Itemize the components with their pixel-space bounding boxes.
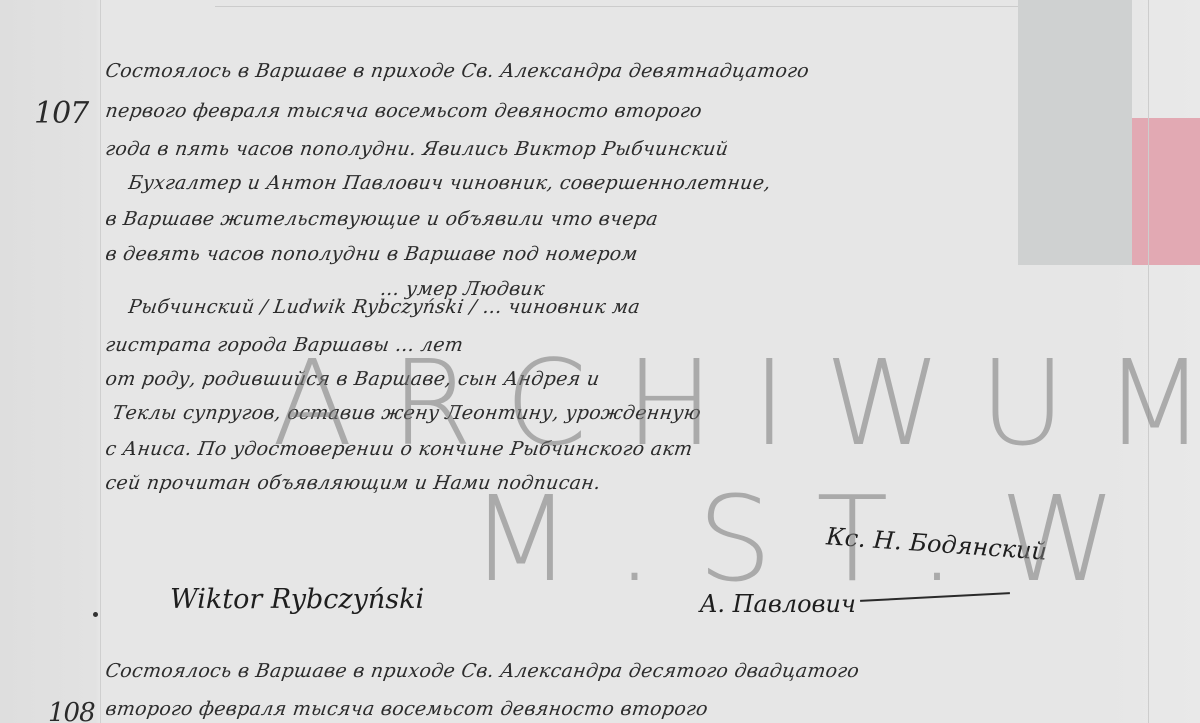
- entry-108-line-1: Состоялось в Варшаве в приходе Св. Алекс…: [103, 660, 1147, 690]
- entry-107-line-8: Рыбчинский / Ludwik Rybczyński / ... чин…: [126, 296, 1170, 326]
- signature-a-pavlovich: A. Павлович: [700, 590, 856, 618]
- entry-107-line-9: гистрата города Варшавы ... лет: [103, 334, 1147, 364]
- entry-107-line-3: года в пять часов пополудни. Явились Вик…: [103, 138, 1147, 168]
- entry-108-line-2: второго февраля тысяча восемьсот девянос…: [103, 698, 1147, 723]
- entry-number-108: 108: [48, 698, 95, 723]
- top-rule-line: [215, 6, 1105, 7]
- entry-107-line-6: в девять часов пополудни в Варшаве под н…: [103, 243, 1147, 273]
- entry-107-line-11: Теклы супругов, оставив жену Леонтину, у…: [110, 402, 1154, 432]
- entry-number-107: 107: [34, 96, 88, 131]
- right-margin-rule: [1148, 0, 1149, 723]
- signature-wiktor-rybczynski: Wiktor Rybczyński: [170, 584, 424, 615]
- entry-107-line-1: Состоялось в Варшаве в приходе Св. Алекс…: [103, 60, 1147, 90]
- entry-107-line-4: Бухгалтер и Антон Павлович чиновник, сов…: [126, 172, 1170, 202]
- entry-107-line-10: от роду, родившийся в Варшаве, сын Андре…: [103, 368, 1147, 398]
- scanned-page: 107 Состоялось в Варшаве в приходе Св. А…: [0, 0, 1200, 723]
- official-signature: Кс. Н. Бодянский: [825, 522, 1048, 565]
- entry-107-line-13: сей прочитан объявляющим и Нами подписан…: [103, 472, 1147, 502]
- entry-107-line-2: первого февраля тысяча восемьсот девянос…: [103, 100, 1147, 130]
- bullet-dot: [93, 612, 98, 617]
- left-margin-rule: [100, 0, 101, 723]
- entry-107-line-12: с Аниса. По удостоверении о кончине Рыбч…: [103, 438, 1147, 468]
- entry-107-line-5: в Варшаве жительствующие и объявили что …: [103, 208, 1147, 238]
- official-signature-flourish: [860, 592, 1010, 602]
